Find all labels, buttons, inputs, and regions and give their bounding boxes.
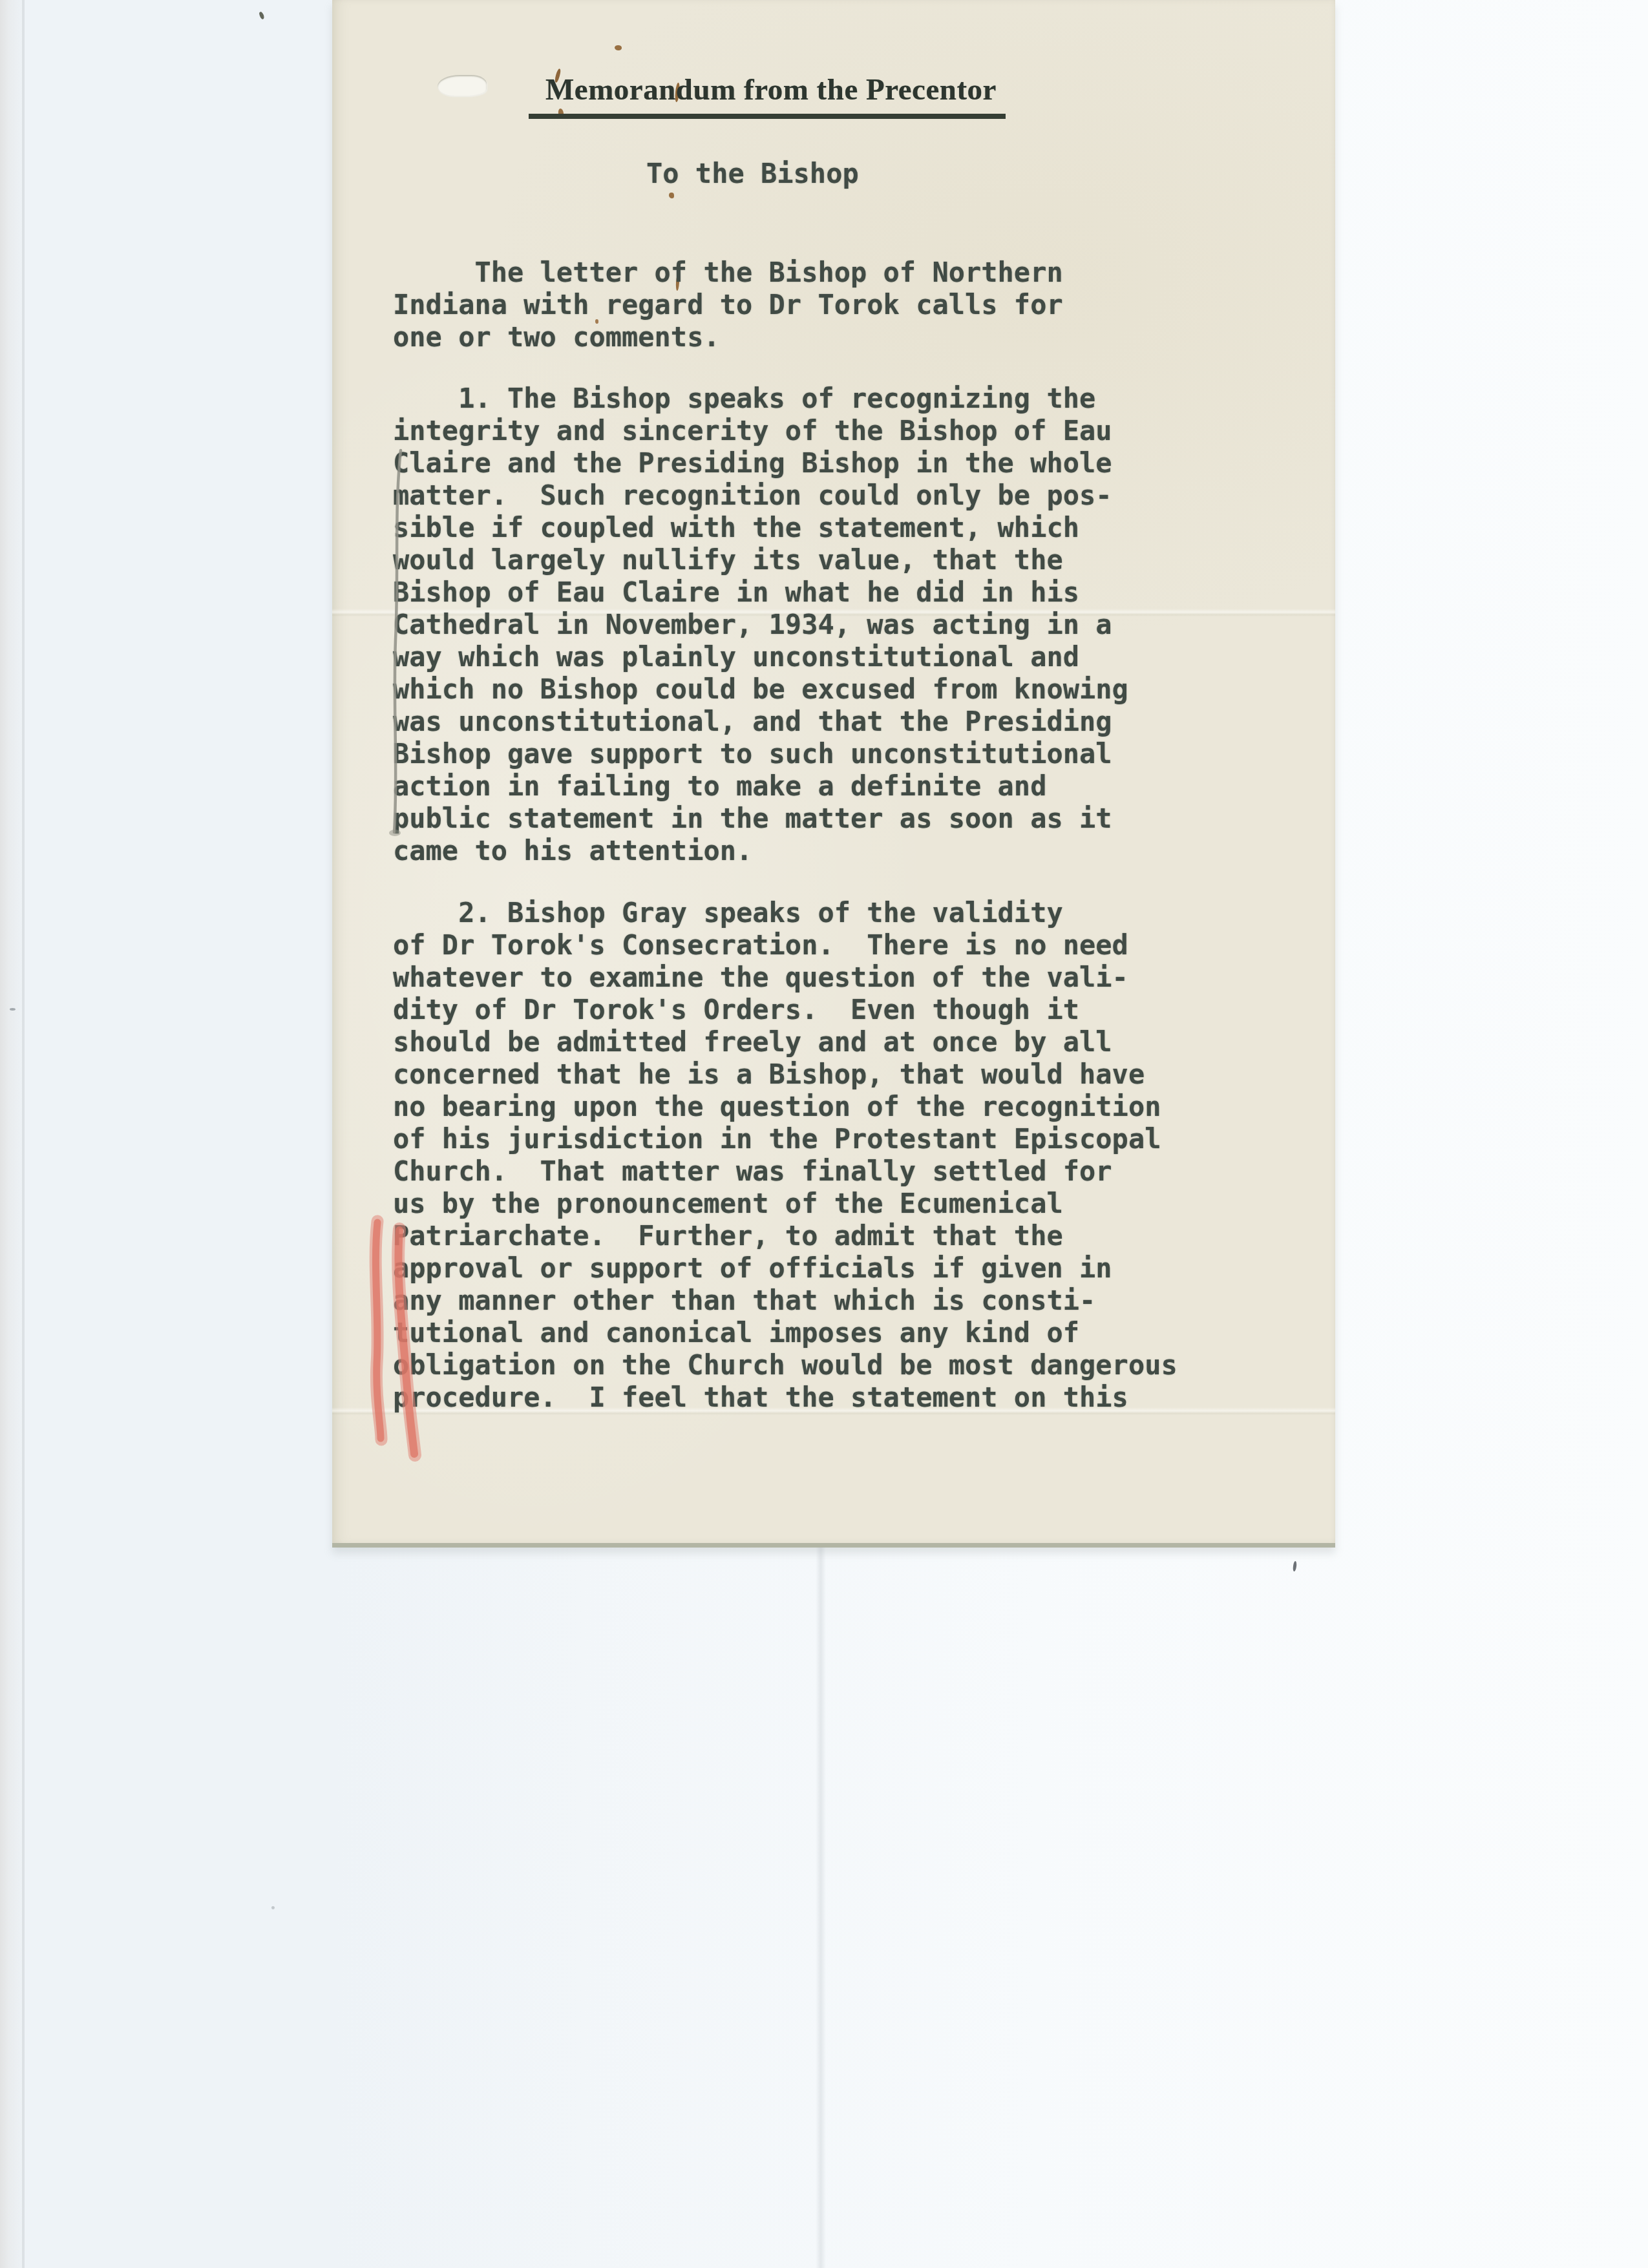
- typed-line: Bishop of Eau Claire in what he did in h…: [393, 576, 1128, 609]
- typed-line: way which was plainly unconstitutional a…: [393, 641, 1128, 673]
- typed-line: approval or support of officials if give…: [393, 1252, 1178, 1285]
- typed-line: action in failing to make a definite and: [393, 770, 1128, 803]
- typed-line: concerned that he is a Bishop, that woul…: [393, 1058, 1178, 1091]
- dust-speck: [271, 1906, 275, 1909]
- scanner-edge-streak: [22, 0, 25, 2268]
- dust-speck: [259, 11, 265, 19]
- typed-line: Patriarchate. Further, to admit that the: [393, 1220, 1178, 1252]
- paper-damage-mark: [438, 75, 487, 96]
- typed-line: came to his attention.: [393, 835, 1128, 867]
- paragraph-point-2: 2. Bishop Gray speaks of the validityof …: [393, 897, 1178, 1414]
- typed-line: The letter of the Bishop of Northern: [393, 257, 1063, 289]
- red-emphasis-mark-1-core: [375, 1223, 381, 1438]
- typed-line: was unconstitutional, and that the Presi…: [393, 706, 1128, 738]
- paper-sheet: Memorandum from the Precentor To the Bis…: [332, 0, 1335, 1548]
- typed-line: of his jurisdiction in the Protestant Ep…: [393, 1123, 1178, 1155]
- typed-line: should be admitted freely and at once by…: [393, 1026, 1178, 1058]
- typed-line: any manner other than that which is cons…: [393, 1285, 1178, 1317]
- salutation-line: To the Bishop: [646, 158, 859, 190]
- typed-line: Claire and the Presiding Bishop in the w…: [393, 447, 1128, 479]
- typed-line: 2. Bishop Gray speaks of the validity: [393, 897, 1178, 929]
- scanner-streak: [816, 1548, 826, 2268]
- typed-line: Bishop gave support to such unconstituti…: [393, 738, 1128, 770]
- dust-speck: [10, 1008, 16, 1011]
- typed-line: us by the pronouncement of the Ecumenica…: [393, 1188, 1178, 1220]
- typed-line: tutional and canonical imposes any kind …: [393, 1317, 1178, 1349]
- pencil-speck: [1293, 1561, 1297, 1572]
- paragraph-point-1: 1. The Bishop speaks of recognizing thei…: [393, 383, 1128, 867]
- scanned-page-canvas: Memorandum from the Precentor To the Bis…: [0, 0, 1648, 2268]
- ink-stain: [615, 45, 622, 50]
- typed-line: dity of Dr Torok's Orders. Even though i…: [393, 994, 1178, 1026]
- typed-line: Cathedral in November, 1934, was acting …: [393, 609, 1128, 641]
- typed-line: sible if coupled with the statement, whi…: [393, 512, 1128, 544]
- typed-line: procedure. I feel that the statement on …: [393, 1381, 1178, 1414]
- ink-stain: [669, 193, 674, 198]
- typed-line: public statement in the matter as soon a…: [393, 803, 1128, 835]
- typed-line: obligation on the Church would be most d…: [393, 1349, 1178, 1381]
- typed-line: integrity and sincerity of the Bishop of…: [393, 415, 1128, 447]
- typed-line: which no Bishop could be excused from kn…: [393, 673, 1128, 706]
- typed-line: Church. That matter was finally settled …: [393, 1155, 1178, 1188]
- typed-line: no bearing upon the question of the reco…: [393, 1091, 1178, 1123]
- document-title: Memorandum from the Precentor: [529, 75, 1006, 119]
- typed-line: of Dr Torok's Consecration. There is no …: [393, 929, 1178, 961]
- typed-line: would largely nullify its value, that th…: [393, 544, 1128, 576]
- typed-line: one or two comments.: [393, 321, 1063, 353]
- typed-line: Indiana with regard to Dr Torok calls fo…: [393, 289, 1063, 321]
- typed-line: whatever to examine the question of the …: [393, 961, 1178, 994]
- typed-line: 1. The Bishop speaks of recognizing the: [393, 383, 1128, 415]
- paragraph-intro: The letter of the Bishop of NorthernIndi…: [393, 257, 1063, 353]
- typed-line: matter. Such recognition could only be p…: [393, 479, 1128, 512]
